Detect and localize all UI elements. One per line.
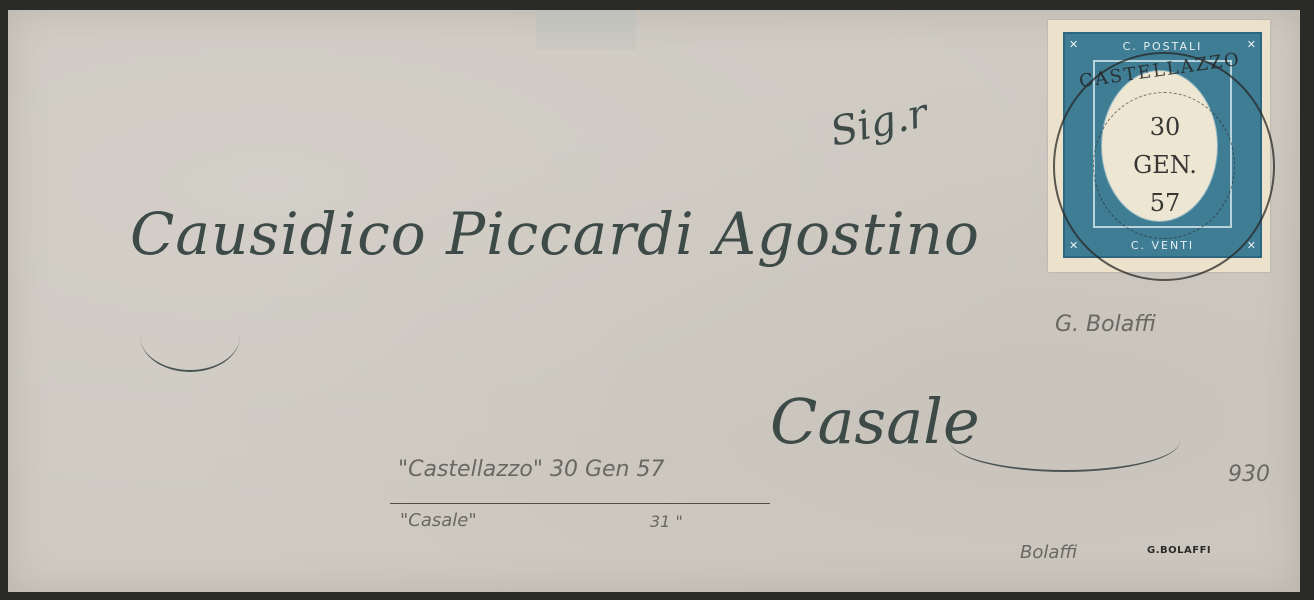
pencil-arrival-place: "Casale" [400,510,477,531]
pencil-route-note: "Castellazzo" 30 Gen 57 [398,457,664,482]
pencil-arrival-day: 31 " [650,512,683,531]
pencil-underline [390,503,770,504]
postmark-day: 30 [1115,108,1215,146]
torn-edge [536,10,636,50]
postmark-date: 30 GEN. 57 [1115,108,1215,222]
expert-signature: G. Bolaffi [1055,312,1156,337]
postmark-month: GEN. [1115,146,1215,184]
flourish-stroke [140,300,240,372]
address-recipient: Causidico Piccardi Agostino [130,200,980,268]
address-destination: Casale [770,385,980,458]
flourish-stroke [950,410,1180,472]
expert-signature-bottom: Bolaffi [1020,542,1077,563]
pencil-price: 930 [1228,462,1270,487]
expert-handstamp: G.BOLAFFI [1147,545,1211,556]
postmark-year: 57 [1115,184,1215,222]
